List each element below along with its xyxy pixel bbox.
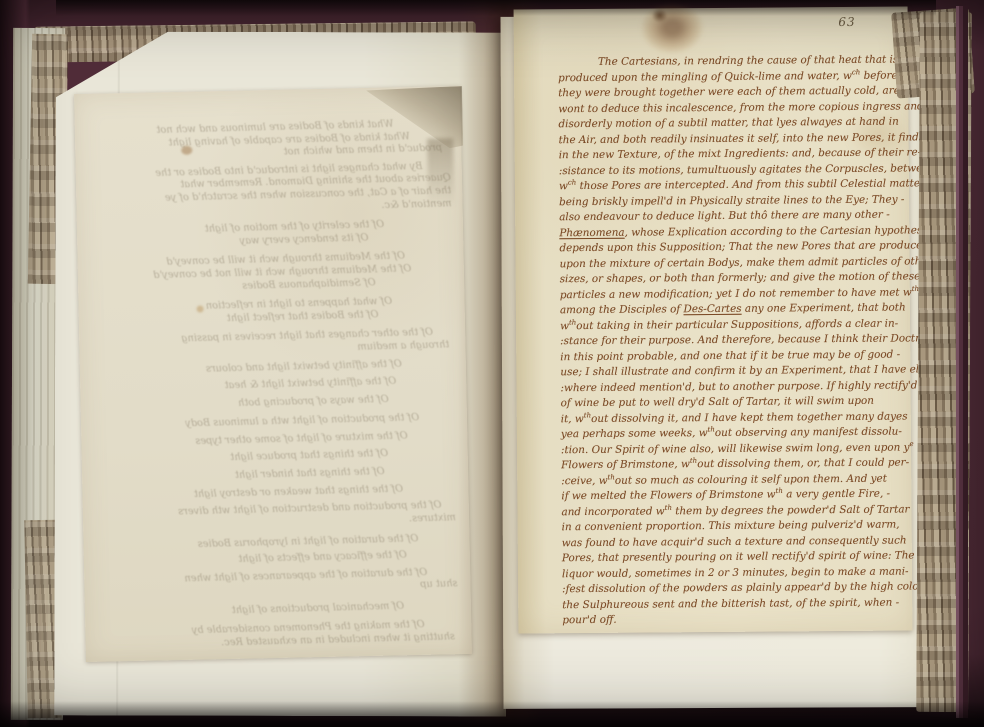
right-manuscript-leaf: The Cartesians, in rendring the cause of…	[514, 6, 913, 633]
manuscript-text: The Cartesians, in rendring the cause of…	[558, 52, 909, 633]
ghost-text-line: Of the ways of producing both	[93, 392, 457, 414]
manuscript-line: pour'd off.	[562, 610, 908, 628]
book-photograph: What kinds of Bodies are luminous and wc…	[0, 0, 984, 727]
ghost-text: What kinds of Bodies are luminous and wc…	[85, 117, 463, 652]
manuscript-line: the Sulphureous sent and the bitterish t…	[562, 595, 908, 613]
ghost-text-line: Of mechanical productions of light	[98, 599, 462, 621]
top-shadow	[56, 0, 936, 16]
bottom-shadow	[0, 701, 984, 727]
page-number: 63	[838, 15, 855, 29]
book-cover-right-ridge	[956, 6, 968, 718]
left-mounted-leaf: What kinds of Bodies are luminous and wc…	[74, 86, 472, 662]
